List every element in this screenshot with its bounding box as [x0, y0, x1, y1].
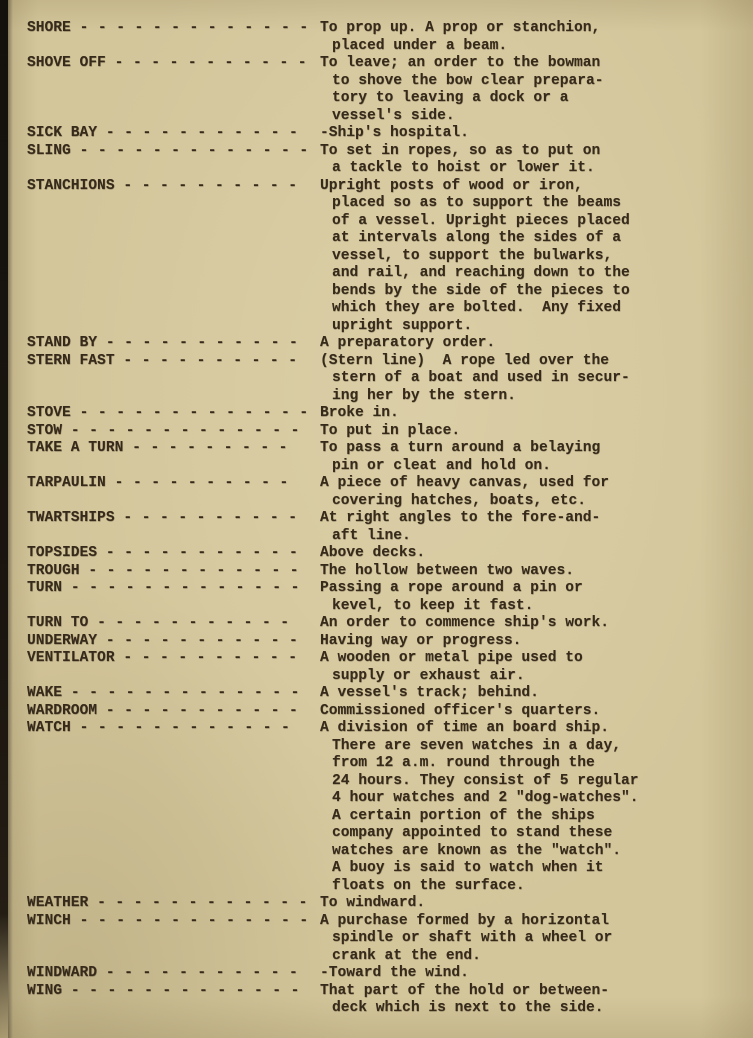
- definition-line: That part of the hold or between-: [320, 983, 743, 1001]
- term-label: WARDROOM: [27, 703, 97, 719]
- term-cell: SHOVE OFF- - - - - - - - - - -: [27, 55, 320, 73]
- definition-cell: A piece of heavy canvas, used forcoverin…: [320, 475, 743, 510]
- definition-line: -Ship's hospital.: [320, 125, 743, 143]
- term-label: SICK BAY: [27, 125, 97, 141]
- term-label: TURN TO: [27, 615, 88, 631]
- definition-line: stern of a boat and used in secur-: [332, 370, 743, 388]
- definition-line: The hollow between two waves.: [320, 563, 743, 581]
- definition-line: Having way or progress.: [320, 633, 743, 651]
- dash-leader: - - - - - - - - - - - - -: [71, 580, 300, 596]
- term-cell: STAND BY- - - - - - - - - - -: [27, 335, 320, 353]
- glossary-entry: SHOVE OFF- - - - - - - - - - -To leave; …: [27, 55, 743, 125]
- definition-line: pin or cleat and hold on.: [332, 458, 743, 476]
- glossary-entry: SHORE- - - - - - - - - - - - -To prop up…: [27, 20, 743, 55]
- term-cell: VENTILATOR- - - - - - - - - -: [27, 650, 320, 668]
- term-label: TOPSIDES: [27, 545, 97, 561]
- binding-edge-shadow: [8, 0, 13, 1038]
- definition-line: 4 hour watches and 2 "dog-watches".: [332, 790, 743, 808]
- definition-line: Above decks.: [320, 545, 743, 563]
- term-cell: TROUGH- - - - - - - - - - - -: [27, 563, 320, 581]
- term-cell: WARDROOM- - - - - - - - - - -: [27, 703, 320, 721]
- term-label: WATCH: [27, 720, 71, 736]
- term-label: TROUGH: [27, 563, 80, 579]
- dash-leader: - - - - - - - - - - - - -: [71, 423, 300, 439]
- definition-line: tory to leaving a dock or a: [332, 90, 743, 108]
- dash-leader: - - - - - - - - - - - -: [97, 895, 308, 911]
- definition-cell: To set in ropes, so as to put ona tackle…: [320, 143, 743, 178]
- dash-leader: - - - - - - - - - - - -: [80, 720, 291, 736]
- definition-line: Commissioned officer's quarters.: [320, 703, 743, 721]
- definition-line: floats on the surface.: [332, 878, 743, 896]
- term-cell: UNDERWAY- - - - - - - - - - -: [27, 633, 320, 651]
- glossary-entry: STOVE- - - - - - - - - - - - -Broke in.: [27, 405, 743, 423]
- definition-line: A division of time an board ship.: [320, 720, 743, 738]
- dash-leader: - - - - - - - - - - -: [106, 965, 298, 981]
- scanned-document-page: SHORE- - - - - - - - - - - - -To prop up…: [0, 0, 753, 1038]
- definition-line: Broke in.: [320, 405, 743, 423]
- dash-leader: - - - - - - - - - - -: [106, 125, 298, 141]
- definition-line: a tackle to hoist or lower it.: [332, 160, 743, 178]
- definition-cell: An order to commence ship's work.: [320, 615, 743, 633]
- glossary-entry: SICK BAY- - - - - - - - - - --Ship's hos…: [27, 125, 743, 143]
- glossary-entry: WEATHER- - - - - - - - - - - -To windwar…: [27, 895, 743, 913]
- definition-cell: A wooden or metal pipe used tosupply or …: [320, 650, 743, 685]
- definition-cell: (Stern line) A rope led over thestern of…: [320, 353, 743, 406]
- term-label: VENTILATOR: [27, 650, 115, 666]
- glossary-entry: STANCHIONS- - - - - - - - - -Upright pos…: [27, 178, 743, 336]
- term-cell: SICK BAY- - - - - - - - - - -: [27, 125, 320, 143]
- definition-line: aft line.: [332, 528, 743, 546]
- definition-cell: Broke in.: [320, 405, 743, 423]
- term-label: TARPAULIN: [27, 475, 106, 491]
- term-cell: TWARTSHIPS- - - - - - - - - -: [27, 510, 320, 528]
- definition-line: covering hatches, boats, etc.: [332, 493, 743, 511]
- term-label: STERN FAST: [27, 353, 115, 369]
- term-cell: TARPAULIN- - - - - - - - - -: [27, 475, 320, 493]
- definition-line: To put in place.: [320, 423, 743, 441]
- dash-leader: - - - - - - - - - - - - -: [71, 685, 300, 701]
- dash-leader: - - - - - - - - - - - - -: [80, 20, 309, 36]
- glossary-entry: WINDWARD- - - - - - - - - - --Toward the…: [27, 965, 743, 983]
- definition-line: A wooden or metal pipe used to: [320, 650, 743, 668]
- glossary-entry: UNDERWAY- - - - - - - - - - -Having way …: [27, 633, 743, 651]
- definition-cell: At right angles to the fore-and-aft line…: [320, 510, 743, 545]
- definition-cell: A division of time an board ship.There a…: [320, 720, 743, 895]
- definition-cell: Passing a rope around a pin orkevel, to …: [320, 580, 743, 615]
- definition-cell: A vessel's track; behind.: [320, 685, 743, 703]
- definition-line: spindle or shaft with a wheel or: [332, 930, 743, 948]
- glossary-entry: WAKE- - - - - - - - - - - - -A vessel's …: [27, 685, 743, 703]
- term-cell: SLING- - - - - - - - - - - - -: [27, 143, 320, 161]
- definition-line: A certain portion of the ships: [332, 808, 743, 826]
- term-label: WINCH: [27, 913, 71, 929]
- term-cell: WATCH- - - - - - - - - - - -: [27, 720, 320, 738]
- glossary-entry: SLING- - - - - - - - - - - - -To set in …: [27, 143, 743, 178]
- term-cell: SHORE- - - - - - - - - - - - -: [27, 20, 320, 38]
- definition-line: placed under a beam.: [332, 38, 743, 56]
- definition-line: crank at the end.: [332, 948, 743, 966]
- term-cell: STERN FAST- - - - - - - - - -: [27, 353, 320, 371]
- dash-leader: - - - - - - - - - - - - -: [80, 143, 309, 159]
- term-label: STOW: [27, 423, 62, 439]
- definition-line: supply or exhaust air.: [332, 668, 743, 686]
- definition-cell: To windward.: [320, 895, 743, 913]
- dash-leader: - - - - - - - - - - - - -: [80, 405, 309, 421]
- term-cell: TAKE A TURN- - - - - - - - -: [27, 440, 320, 458]
- definition-line: vessel's side.: [332, 108, 743, 126]
- definition-line: vessel, to support the bulwarks,: [332, 248, 743, 266]
- definition-line: at intervals along the sides of a: [332, 230, 743, 248]
- term-label: SLING: [27, 143, 71, 159]
- dash-leader: - - - - - - - - - - - - -: [80, 913, 309, 929]
- definition-line: ing her by the stern.: [332, 388, 743, 406]
- definition-cell: Upright posts of wood or iron,placed so …: [320, 178, 743, 336]
- definition-line: upright support.: [332, 318, 743, 336]
- definition-line: To set in ropes, so as to put on: [320, 143, 743, 161]
- term-cell: TURN TO- - - - - - - - - - -: [27, 615, 320, 633]
- definition-cell: The hollow between two waves.: [320, 563, 743, 581]
- glossary-entry: WING- - - - - - - - - - - - -That part o…: [27, 983, 743, 1018]
- definition-line: To prop up. A prop or stanchion,: [320, 20, 743, 38]
- definition-line: watches are known as the "watch".: [332, 843, 743, 861]
- glossary-entry: TWARTSHIPS- - - - - - - - - -At right an…: [27, 510, 743, 545]
- dash-leader: - - - - - - - - - -: [123, 510, 297, 526]
- definition-line: kevel, to keep it fast.: [332, 598, 743, 616]
- definition-line: to shove the bow clear prepara-: [332, 73, 743, 91]
- term-label: WINDWARD: [27, 965, 97, 981]
- term-cell: WEATHER- - - - - - - - - - - -: [27, 895, 320, 913]
- term-label: WEATHER: [27, 895, 88, 911]
- term-cell: STOW- - - - - - - - - - - - -: [27, 423, 320, 441]
- definition-cell: Above decks.: [320, 545, 743, 563]
- definition-line: Upright posts of wood or iron,: [320, 178, 743, 196]
- definition-line: An order to commence ship's work.: [320, 615, 743, 633]
- definition-line: A vessel's track; behind.: [320, 685, 743, 703]
- glossary-entry: VENTILATOR- - - - - - - - - -A wooden or…: [27, 650, 743, 685]
- glossary-entry: TROUGH- - - - - - - - - - - -The hollow …: [27, 563, 743, 581]
- term-cell: TOPSIDES- - - - - - - - - - -: [27, 545, 320, 563]
- dash-leader: - - - - - - - - - - -: [106, 703, 298, 719]
- definition-line: -Toward the wind.: [320, 965, 743, 983]
- definition-line: bends by the side of the pieces to: [332, 283, 743, 301]
- dash-leader: - - - - - - - - - - - -: [88, 563, 299, 579]
- dash-leader: - - - - - - - - -: [132, 440, 288, 456]
- dash-leader: - - - - - - - - - - -: [97, 615, 289, 631]
- term-label: WAKE: [27, 685, 62, 701]
- definition-line: placed so as to support the beams: [332, 195, 743, 213]
- glossary-entry: WATCH- - - - - - - - - - - -A division o…: [27, 720, 743, 895]
- definition-cell: To prop up. A prop or stanchion,placed u…: [320, 20, 743, 55]
- definition-line: (Stern line) A rope led over the: [320, 353, 743, 371]
- term-label: UNDERWAY: [27, 633, 97, 649]
- definition-line: from 12 a.m. round through the: [332, 755, 743, 773]
- definition-cell: To put in place.: [320, 423, 743, 441]
- term-cell: WINDWARD- - - - - - - - - - -: [27, 965, 320, 983]
- term-cell: STOVE- - - - - - - - - - - - -: [27, 405, 320, 423]
- definition-cell: To leave; an order to the bowmanto shove…: [320, 55, 743, 125]
- glossary-entry: STOW- - - - - - - - - - - - -To put in p…: [27, 423, 743, 441]
- term-label: TWARTSHIPS: [27, 510, 115, 526]
- definition-cell: That part of the hold or between-deck wh…: [320, 983, 743, 1018]
- glossary-entry: STAND BY- - - - - - - - - - -A preparato…: [27, 335, 743, 353]
- term-label: STANCHIONS: [27, 178, 115, 194]
- definition-line: There are seven watches in a day,: [332, 738, 743, 756]
- definition-line: A preparatory order.: [320, 335, 743, 353]
- definition-cell: Commissioned officer's quarters.: [320, 703, 743, 721]
- definition-line: To windward.: [320, 895, 743, 913]
- dash-leader: - - - - - - - - - -: [115, 475, 289, 491]
- term-label: SHORE: [27, 20, 71, 36]
- definition-line: To leave; an order to the bowman: [320, 55, 743, 73]
- glossary-entry: TAKE A TURN- - - - - - - - -To pass a tu…: [27, 440, 743, 475]
- dash-leader: - - - - - - - - - - -: [106, 545, 298, 561]
- definition-line: Passing a rope around a pin or: [320, 580, 743, 598]
- term-label: STOVE: [27, 405, 71, 421]
- definition-line: A buoy is said to watch when it: [332, 860, 743, 878]
- glossary-entry: TOPSIDES- - - - - - - - - - -Above decks…: [27, 545, 743, 563]
- definition-line: company appointed to stand these: [332, 825, 743, 843]
- term-label: TAKE A TURN: [27, 440, 123, 456]
- definition-cell: To pass a turn around a belayingpin or c…: [320, 440, 743, 475]
- dash-leader: - - - - - - - - - - -: [106, 335, 298, 351]
- definition-line: 24 hours. They consist of 5 regular: [332, 773, 743, 791]
- dash-leader: - - - - - - - - - - - - -: [71, 983, 300, 999]
- definition-cell: -Toward the wind.: [320, 965, 743, 983]
- glossary-entry: WINCH- - - - - - - - - - - - -A purchase…: [27, 913, 743, 966]
- definition-line: A purchase formed by a horizontal: [320, 913, 743, 931]
- glossary-entry: TARPAULIN- - - - - - - - - -A piece of h…: [27, 475, 743, 510]
- dash-leader: - - - - - - - - - -: [123, 353, 297, 369]
- term-label: TURN: [27, 580, 62, 596]
- definition-line: which they are bolted. Any fixed: [332, 300, 743, 318]
- definition-line: A piece of heavy canvas, used for: [320, 475, 743, 493]
- term-cell: STANCHIONS- - - - - - - - - -: [27, 178, 320, 196]
- glossary-entry: STERN FAST- - - - - - - - - -(Stern line…: [27, 353, 743, 406]
- dash-leader: - - - - - - - - - -: [123, 178, 297, 194]
- definition-line: of a vessel. Upright pieces placed: [332, 213, 743, 231]
- definition-cell: Having way or progress.: [320, 633, 743, 651]
- term-label: WING: [27, 983, 62, 999]
- dash-leader: - - - - - - - - - - -: [106, 633, 298, 649]
- term-cell: WINCH- - - - - - - - - - - - -: [27, 913, 320, 931]
- term-cell: WING- - - - - - - - - - - - -: [27, 983, 320, 1001]
- definition-cell: A purchase formed by a horizontalspindle…: [320, 913, 743, 966]
- definition-line: deck which is next to the side.: [332, 1000, 743, 1018]
- term-cell: TURN- - - - - - - - - - - - -: [27, 580, 320, 598]
- dash-leader: - - - - - - - - - -: [123, 650, 297, 666]
- term-label: STAND BY: [27, 335, 97, 351]
- glossary-entry: WARDROOM- - - - - - - - - - -Commissione…: [27, 703, 743, 721]
- definition-line: To pass a turn around a belaying: [320, 440, 743, 458]
- glossary-entry: TURN- - - - - - - - - - - - -Passing a r…: [27, 580, 743, 615]
- glossary-list: SHORE- - - - - - - - - - - - -To prop up…: [27, 20, 743, 1018]
- definition-line: At right angles to the fore-and-: [320, 510, 743, 528]
- definition-cell: A preparatory order.: [320, 335, 743, 353]
- dash-leader: - - - - - - - - - - -: [115, 55, 307, 71]
- term-cell: WAKE- - - - - - - - - - - - -: [27, 685, 320, 703]
- glossary-entry: TURN TO- - - - - - - - - - -An order to …: [27, 615, 743, 633]
- definition-cell: -Ship's hospital.: [320, 125, 743, 143]
- binding-edge: [0, 0, 8, 1038]
- definition-line: and rail, and reaching down to the: [332, 265, 743, 283]
- term-label: SHOVE OFF: [27, 55, 106, 71]
